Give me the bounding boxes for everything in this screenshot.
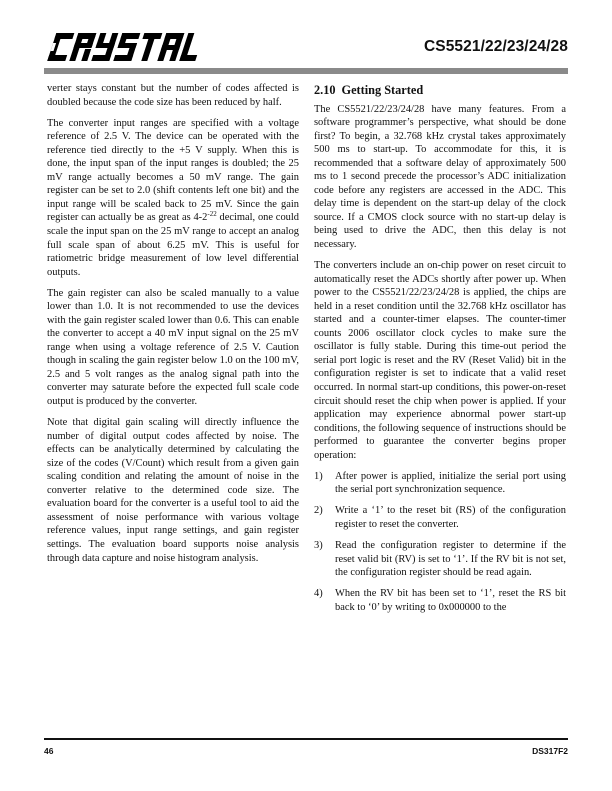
document-title: CS5521/22/23/24/28 (424, 38, 568, 56)
paragraph: The CS5521/22/23/24/28 have many feature… (314, 103, 566, 252)
document-code: DS317F2 (532, 746, 568, 756)
list-item: 2)Write a ‘1’ to the reset bit (RS) of t… (314, 504, 566, 531)
section-heading: 2.10Getting Started (314, 84, 566, 98)
crystal-logo-icon (47, 31, 207, 64)
crystal-logo (47, 31, 207, 64)
left-column: verter stays constant but the number of … (47, 82, 299, 573)
page-header: CS5521/22/23/24/28 (44, 28, 568, 78)
footer-rule (44, 738, 568, 740)
header-rule (44, 68, 568, 74)
list-item: 4)When the RV bit has been set to ‘1’, r… (314, 587, 566, 614)
superscript: -22 (207, 210, 216, 218)
paragraph: The converters include an on-chip power … (314, 259, 566, 462)
section-title: Getting Started (342, 83, 424, 97)
startup-steps-list: 1)After power is applied, initialize the… (314, 470, 566, 614)
paragraph: verter stays constant but the number of … (47, 82, 299, 109)
right-column: 2.10Getting Started The CS5521/22/23/24/… (314, 84, 566, 622)
section-number: 2.10 (314, 83, 336, 97)
list-item: 3)Read the configuration register to det… (314, 539, 566, 580)
paragraph: The converter input ranges are specified… (47, 117, 299, 280)
list-item: 1)After power is applied, initialize the… (314, 470, 566, 497)
page-number: 46 (44, 746, 53, 756)
paragraph: Note that digital gain scaling will dire… (47, 416, 299, 565)
paragraph: The gain register can also be scaled man… (47, 287, 299, 409)
